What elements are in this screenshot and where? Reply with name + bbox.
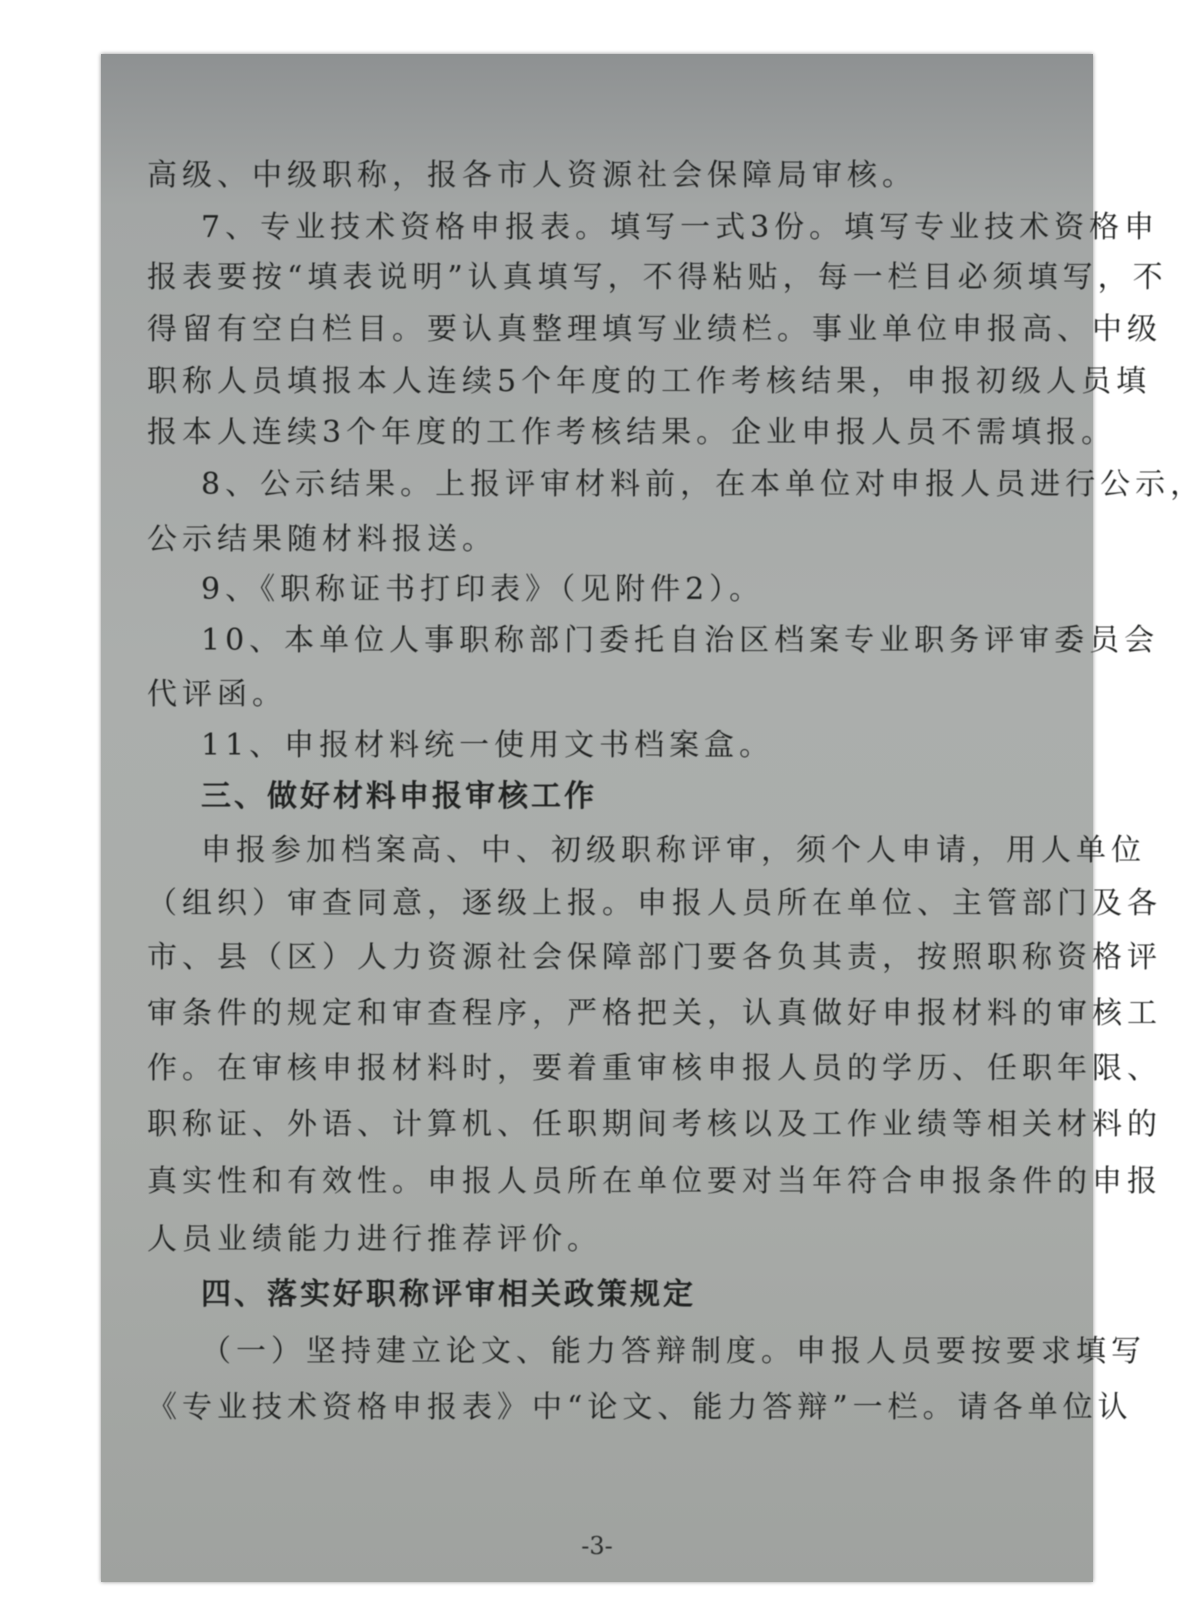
text-line: 市、县（区）人力资源社会保障部门要各负其责，按照职称资格评 [147,940,1162,976]
text-line: 9、《职称证书打印表》（见附件2）。 [201,572,764,608]
text-line: 高级、中级职称，报各市人资源社会保障局审核。 [147,158,917,194]
section-heading-3: 三、做好材料申报审核工作 [201,779,597,815]
document-page: 高级、中级职称，报各市人资源社会保障局审核。 7、专业技术资格申报表。填写一式3… [101,54,1093,1582]
text-line: 真实性和有效性。申报人员所在单位要对当年符合申报条件的申报 [147,1164,1162,1200]
section-heading-4: 四、落实好职称评审相关政策规定 [201,1277,696,1313]
text-line: 申报参加档案高、中、初级职称评审，须个人申请，用人单位 [201,833,1146,869]
text-line: 职称人员填报本人连续5个年度的工作考核结果，申报初级人员填 [147,364,1151,400]
text-line: 《专业技术资格申报表》中“论文、能力答辩”一栏。请各单位认 [147,1390,1133,1426]
text-line: 报本人连续3个年度的工作考核结果。企业申报人员不需填报。 [147,415,1116,451]
text-line: 10、本单位人事职称部门委托自治区档案专业职务评审委员会 [201,623,1159,659]
text-line: 报表要按“填表说明”认真填写，不得粘贴，每一栏目必须填写，不 [147,260,1168,296]
text-line: （组织）审查同意，逐级上报。申报人员所在单位、主管部门及各 [147,886,1162,922]
text-line: 11、申报材料统一使用文书档案盒。 [201,728,774,764]
page-number: -3- [101,1532,1093,1560]
text-line: 作。在审核申报材料时，要着重审核申报人员的学历、任职年限、 [147,1051,1162,1087]
text-line: 代评函。 [147,677,287,713]
text-line: 人员业绩能力进行推荐评价。 [147,1222,602,1258]
text-line: 8、公示结果。上报评审材料前，在本单位对申报人员进行公示， [201,467,1200,503]
text-line: 职称证、外语、计算机、任职期间考核以及工作业绩等相关材料的 [147,1107,1162,1143]
text-line: 审条件的规定和审查程序，严格把关，认真做好申报材料的审核工 [147,996,1162,1032]
text-line: 7、专业技术资格申报表。填写一式3份。填写专业技术资格申 [201,210,1159,246]
text-line: （一）坚持建立论文、能力答辩制度。申报人员要按要求填写 [201,1334,1146,1370]
text-line: 得留有空白栏目。要认真整理填写业绩栏。事业单位申报高、中级 [147,312,1162,348]
text-line: 公示结果随材料报送。 [147,522,497,558]
